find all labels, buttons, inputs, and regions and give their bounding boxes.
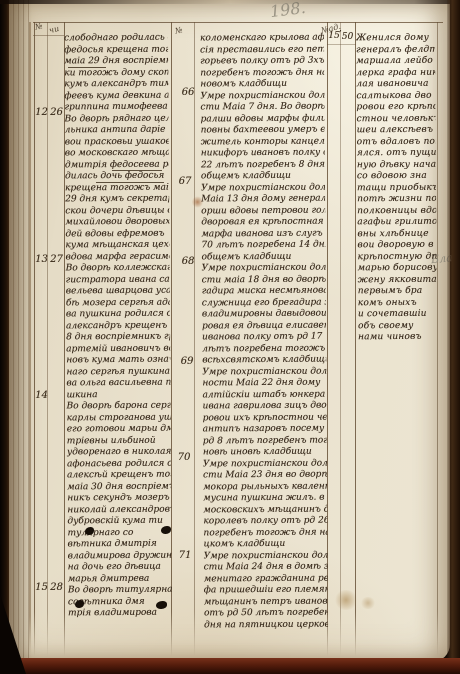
ruled-line-top xyxy=(33,22,443,23)
text-line: феевъ кума девкина а xyxy=(64,90,168,102)
text-line: александръ крещенъ іюня xyxy=(66,320,170,332)
text-line: ялся. отъ пущи xyxy=(357,148,436,160)
text-line: тулярнаго со xyxy=(67,527,171,539)
text-line: ную дѣвку нача xyxy=(357,159,436,171)
text-line: алтійскіи штабъ юнкера xyxy=(202,389,326,401)
text-line: Во дворѣ барона сергѣя xyxy=(67,401,171,413)
text-line: погребенъ тогожъ дня на калятни xyxy=(203,527,327,539)
text-line: на дочь его дѣвица xyxy=(68,562,172,574)
header-scribble-middle: № xyxy=(174,25,184,36)
text-line: во московскаго мѣщанина xyxy=(65,148,169,160)
text-line: лая ивановича xyxy=(356,79,435,91)
text-line: вны хлѣбнице xyxy=(357,228,436,240)
text-line: первымъ бра xyxy=(358,286,437,298)
text-line: Во дворѣ титулярнаго xyxy=(68,585,172,597)
text-line: дей вдовы ефремовъ xyxy=(65,228,169,240)
text-line: лѣтъ погребена тогожъ дня на xyxy=(202,343,326,355)
text-line: марью борисову xyxy=(358,263,437,275)
text-line: ровои ихъ крѣпостнои человѣкъ xyxy=(203,412,327,424)
stain-spot xyxy=(360,597,376,609)
text-line: московскихъ мѣщанинъ дмитріи xyxy=(203,504,327,516)
text-line: Умре похристіанскои должно xyxy=(202,263,326,275)
text-line: антипъ назаровъ посему дв xyxy=(203,424,327,436)
text-line: новъ кума мать означен xyxy=(66,355,170,367)
text-line: михайловои дворовыхъ лю xyxy=(65,217,169,229)
text-line: афонасьева родился снъ xyxy=(67,458,171,470)
entry-number-middle: 67 xyxy=(173,176,197,187)
text-line: погребенъ тогожъ дня на общемъ xyxy=(200,67,324,79)
text-line: служница его брегадира жены xyxy=(202,297,326,309)
entry-number-left: 13 xyxy=(35,254,48,265)
text-line: ровая ея дѣвица елисавета xyxy=(202,320,326,332)
text-line: комъ оныхъ xyxy=(358,297,437,309)
text-line: коломенскаго крылова афона xyxy=(200,33,324,45)
text-line: лерка графа ник xyxy=(356,67,435,79)
text-line: никифоръ ивановъ полку отъ рд xyxy=(201,148,325,160)
text-line: ва ольга васильевна пу xyxy=(66,378,170,390)
ink-overline xyxy=(112,170,162,171)
text-line: объ своему xyxy=(358,320,437,332)
text-line: льника антипа даріе xyxy=(65,125,169,137)
text-line: бѣ мозера сергѣя адамо xyxy=(66,297,170,309)
text-line: ки тогожъ дому скотники xyxy=(64,67,168,79)
entry-number-middle: 70 xyxy=(172,452,196,463)
text-line: полковницы вдовы xyxy=(357,205,436,217)
text-line: новомъ кладбищи xyxy=(200,79,324,91)
photo-edge-bottom xyxy=(0,658,460,674)
entry-number-middle: 66 xyxy=(176,87,200,98)
text-line: владимировны давыдовои дво xyxy=(202,309,326,321)
binding-edge-left xyxy=(0,0,9,674)
text-line: горьевъ полку отъ рд 3хъ лѣтъ xyxy=(200,56,324,68)
record-column-3: Женился домугенералъ фелдтмаршала лейбол… xyxy=(356,33,437,350)
text-line: ва пушкина родился сынъ xyxy=(66,309,170,321)
text-line: стнои человѣкъ xyxy=(356,113,435,125)
text-line: Женился дому xyxy=(356,33,435,45)
text-line: тащи приобыкъ xyxy=(357,182,436,194)
text-line: гриппина тимофеева xyxy=(64,102,168,114)
ink-underline xyxy=(68,67,106,68)
text-line: менитаго гражданина резвои xyxy=(204,573,328,585)
text-line: николай александровъ xyxy=(67,504,171,516)
text-line: дворовая ея крѣпостная вдова xyxy=(201,217,325,229)
text-line: мокора рыльныхъ квалент xyxy=(203,481,327,493)
text-line: вдова марфа герасимова xyxy=(65,251,169,263)
text-line: отъ рд 50 лѣтъ погребенъ тогожъ xyxy=(204,608,328,620)
text-line: всѣхсвятскомъ кладбищи xyxy=(202,355,326,367)
text-line: алексѣй крещенъ тогожъ xyxy=(67,470,171,482)
text-line: фа пришедшіи его племянникъ xyxy=(204,585,328,597)
text-line: шкина xyxy=(66,389,170,401)
text-line: 70 лѣтъ погребена 14 дня на мѣ xyxy=(201,240,325,252)
text-line: жену якковита xyxy=(358,274,437,286)
text-line: мусина пушкина жилъ. в ево xyxy=(203,493,327,505)
text-line: вои прасковьи ушакова xyxy=(65,136,169,148)
text-line: марья дмитрева xyxy=(68,573,172,585)
text-line: маршала лейбо xyxy=(356,56,435,68)
text-line: ровои его крѣпо xyxy=(356,102,435,114)
text-line: нами чиновъ xyxy=(358,332,437,344)
text-line: его готовои марьи дми xyxy=(67,424,171,436)
entry-number-left: 28 xyxy=(49,582,64,593)
text-line: Умре похристіанскои должно xyxy=(200,90,324,102)
text-line: маіа 30 дня воспріемъ xyxy=(67,481,171,493)
text-line: ивана гаврилова зицъ дво xyxy=(202,401,326,413)
entry-number-middle: 69 xyxy=(175,356,199,367)
entry-number-left: 15 xyxy=(35,582,48,593)
entry-number-left: 27 xyxy=(49,254,64,265)
stain-spot xyxy=(334,590,358,610)
text-line: королевъ полку отъ рд 26 лѣтъ xyxy=(203,516,327,528)
record-column-1: слободнаго родилась дочьфедосья крещена … xyxy=(64,33,172,624)
photo-edge-top xyxy=(0,0,460,4)
text-line: Во дворѣ коллежскаго ре xyxy=(66,263,170,275)
text-line: общемъ кладбищи xyxy=(201,171,325,183)
text-line: крѣпостную дѣву xyxy=(357,251,436,263)
text-line: дня на пятницкои церковнои кладб xyxy=(204,619,328,631)
text-line: общемъ кладбищи xyxy=(201,251,325,263)
text-line: тріевны ильбиной xyxy=(67,435,171,447)
text-line: крещена тогожъ маіа xyxy=(65,182,169,194)
text-line: Умре похристіанскои должно xyxy=(203,458,327,470)
text-line: цкомъ кладбищи xyxy=(203,539,327,551)
entry-number-left: 14 xyxy=(35,390,48,401)
text-line: марфа иванова изъ слугъ отъ xyxy=(201,228,325,240)
text-line: сти Маіа 7 дня. Во дворѣ гене xyxy=(200,102,324,114)
text-line: никъ секундъ мозеръ xyxy=(67,493,171,505)
entry-number-left: 26 xyxy=(49,107,64,118)
text-line: вѣтника дмитрія xyxy=(67,539,171,551)
ink-overline xyxy=(96,182,164,183)
text-line: генералъ фелдт xyxy=(356,44,435,56)
text-line: федосья крещена тогожъ xyxy=(64,44,168,56)
text-line: Умре похристіанскои долж xyxy=(202,366,326,378)
text-line: вои дворовую в xyxy=(357,240,436,252)
record-column-2: коломенскаго крылова афонасія преставили… xyxy=(200,33,328,636)
text-line: 8 дня воспріемникъ графъ xyxy=(66,332,170,344)
text-line: слободнаго родилась дочь xyxy=(64,33,168,45)
ruled-line-header-left xyxy=(33,35,64,36)
ruled-line-v9 xyxy=(437,22,438,656)
text-line: сти Маіа 24 дня в домѣ зна xyxy=(204,562,328,574)
text-line: 29 дня кумъ секретар xyxy=(65,194,169,206)
text-line: повны бахтеевои умеръ ея слу xyxy=(201,125,325,137)
text-line: артемій ивановичъ воро xyxy=(66,343,170,355)
text-line: иванова полку отъ рд 17 xyxy=(202,332,326,344)
text-line: Маіа 13 дня дому генералъ маі xyxy=(201,194,325,206)
header-scribble-left-1: № xyxy=(34,21,44,32)
entry-number-middle: 68 xyxy=(176,256,200,267)
text-line: гадира миска несмѣянова умре xyxy=(202,286,326,298)
ink-blot xyxy=(85,527,94,535)
entry-number-left: 12 xyxy=(35,107,48,118)
entry-number-right: 50 xyxy=(341,32,354,42)
text-line: кумъ александръ тимо xyxy=(64,79,168,91)
text-line: и сочетавшіи xyxy=(358,309,437,321)
text-line: новѣ иновѣ кладбищи xyxy=(203,447,327,459)
text-line: удворенаго в николая xyxy=(67,447,171,459)
ink-blot xyxy=(75,600,84,608)
text-line: дубровскій кума ти xyxy=(67,516,171,528)
text-line: орши вдовы петровои головинои xyxy=(201,205,325,217)
text-line: трія владимирова xyxy=(68,608,172,620)
text-line: житель конторы канцеляріи xyxy=(201,136,325,148)
text-line: 22 лѣтъ погребенъ 8 дня на мѣ xyxy=(201,159,325,171)
ruled-line-crease xyxy=(29,22,31,654)
manuscript-scan: № чи № №ад. 198. Бла- 12 26 13 27 14 15 … xyxy=(0,0,460,674)
text-line: ности Маіа 22 дня дому xyxy=(202,378,326,390)
stain-spot xyxy=(192,196,203,208)
text-line: Умре похристіанскои должности xyxy=(201,182,325,194)
text-line: салтыкова дво xyxy=(356,90,435,102)
entry-number-middle: 71 xyxy=(173,550,197,561)
text-line: гистратора ивана са xyxy=(66,274,170,286)
text-line: кума мѣщанская цеховая xyxy=(65,240,169,252)
text-line: шеи алексѣевъ сдѣ xyxy=(357,125,436,137)
text-line: ралши вдовы марфы филип xyxy=(200,113,324,125)
text-line: агафьи грилито xyxy=(357,217,436,229)
text-line: со вдовою зна xyxy=(357,171,436,183)
text-line: скои дочери дѣвицы дарьи xyxy=(65,205,169,217)
text-line: потѣ жизни по xyxy=(357,194,436,206)
text-line: сти Маіа 23 дня во дворѣ xyxy=(203,470,327,482)
text-line: вельева шварцова усадь xyxy=(66,286,170,298)
text-line: рд 8 лѣтъ погребенъ того дня xyxy=(203,435,327,447)
text-line: владимирова дружини xyxy=(68,550,172,562)
text-line: отъ вдаловъ пона xyxy=(357,136,436,148)
text-line: сія преставились его петръ гри xyxy=(200,44,324,56)
text-line: наго сергѣя пушкина вдо xyxy=(66,366,170,378)
ruled-line-header-right xyxy=(327,44,356,45)
ruled-line-v7 xyxy=(340,22,341,656)
text-line: Умре похристіанскои должно xyxy=(204,550,328,562)
text-line: Во дворѣ ряднаго целова xyxy=(65,113,169,125)
text-line: карлы строганова ушница xyxy=(67,412,171,424)
text-line: сти маіа 18 дня во дворѣ бре xyxy=(202,274,326,286)
text-line: мѣщанинъ петръ ивановъ полку xyxy=(204,596,328,608)
photo-edge-right xyxy=(447,0,460,674)
